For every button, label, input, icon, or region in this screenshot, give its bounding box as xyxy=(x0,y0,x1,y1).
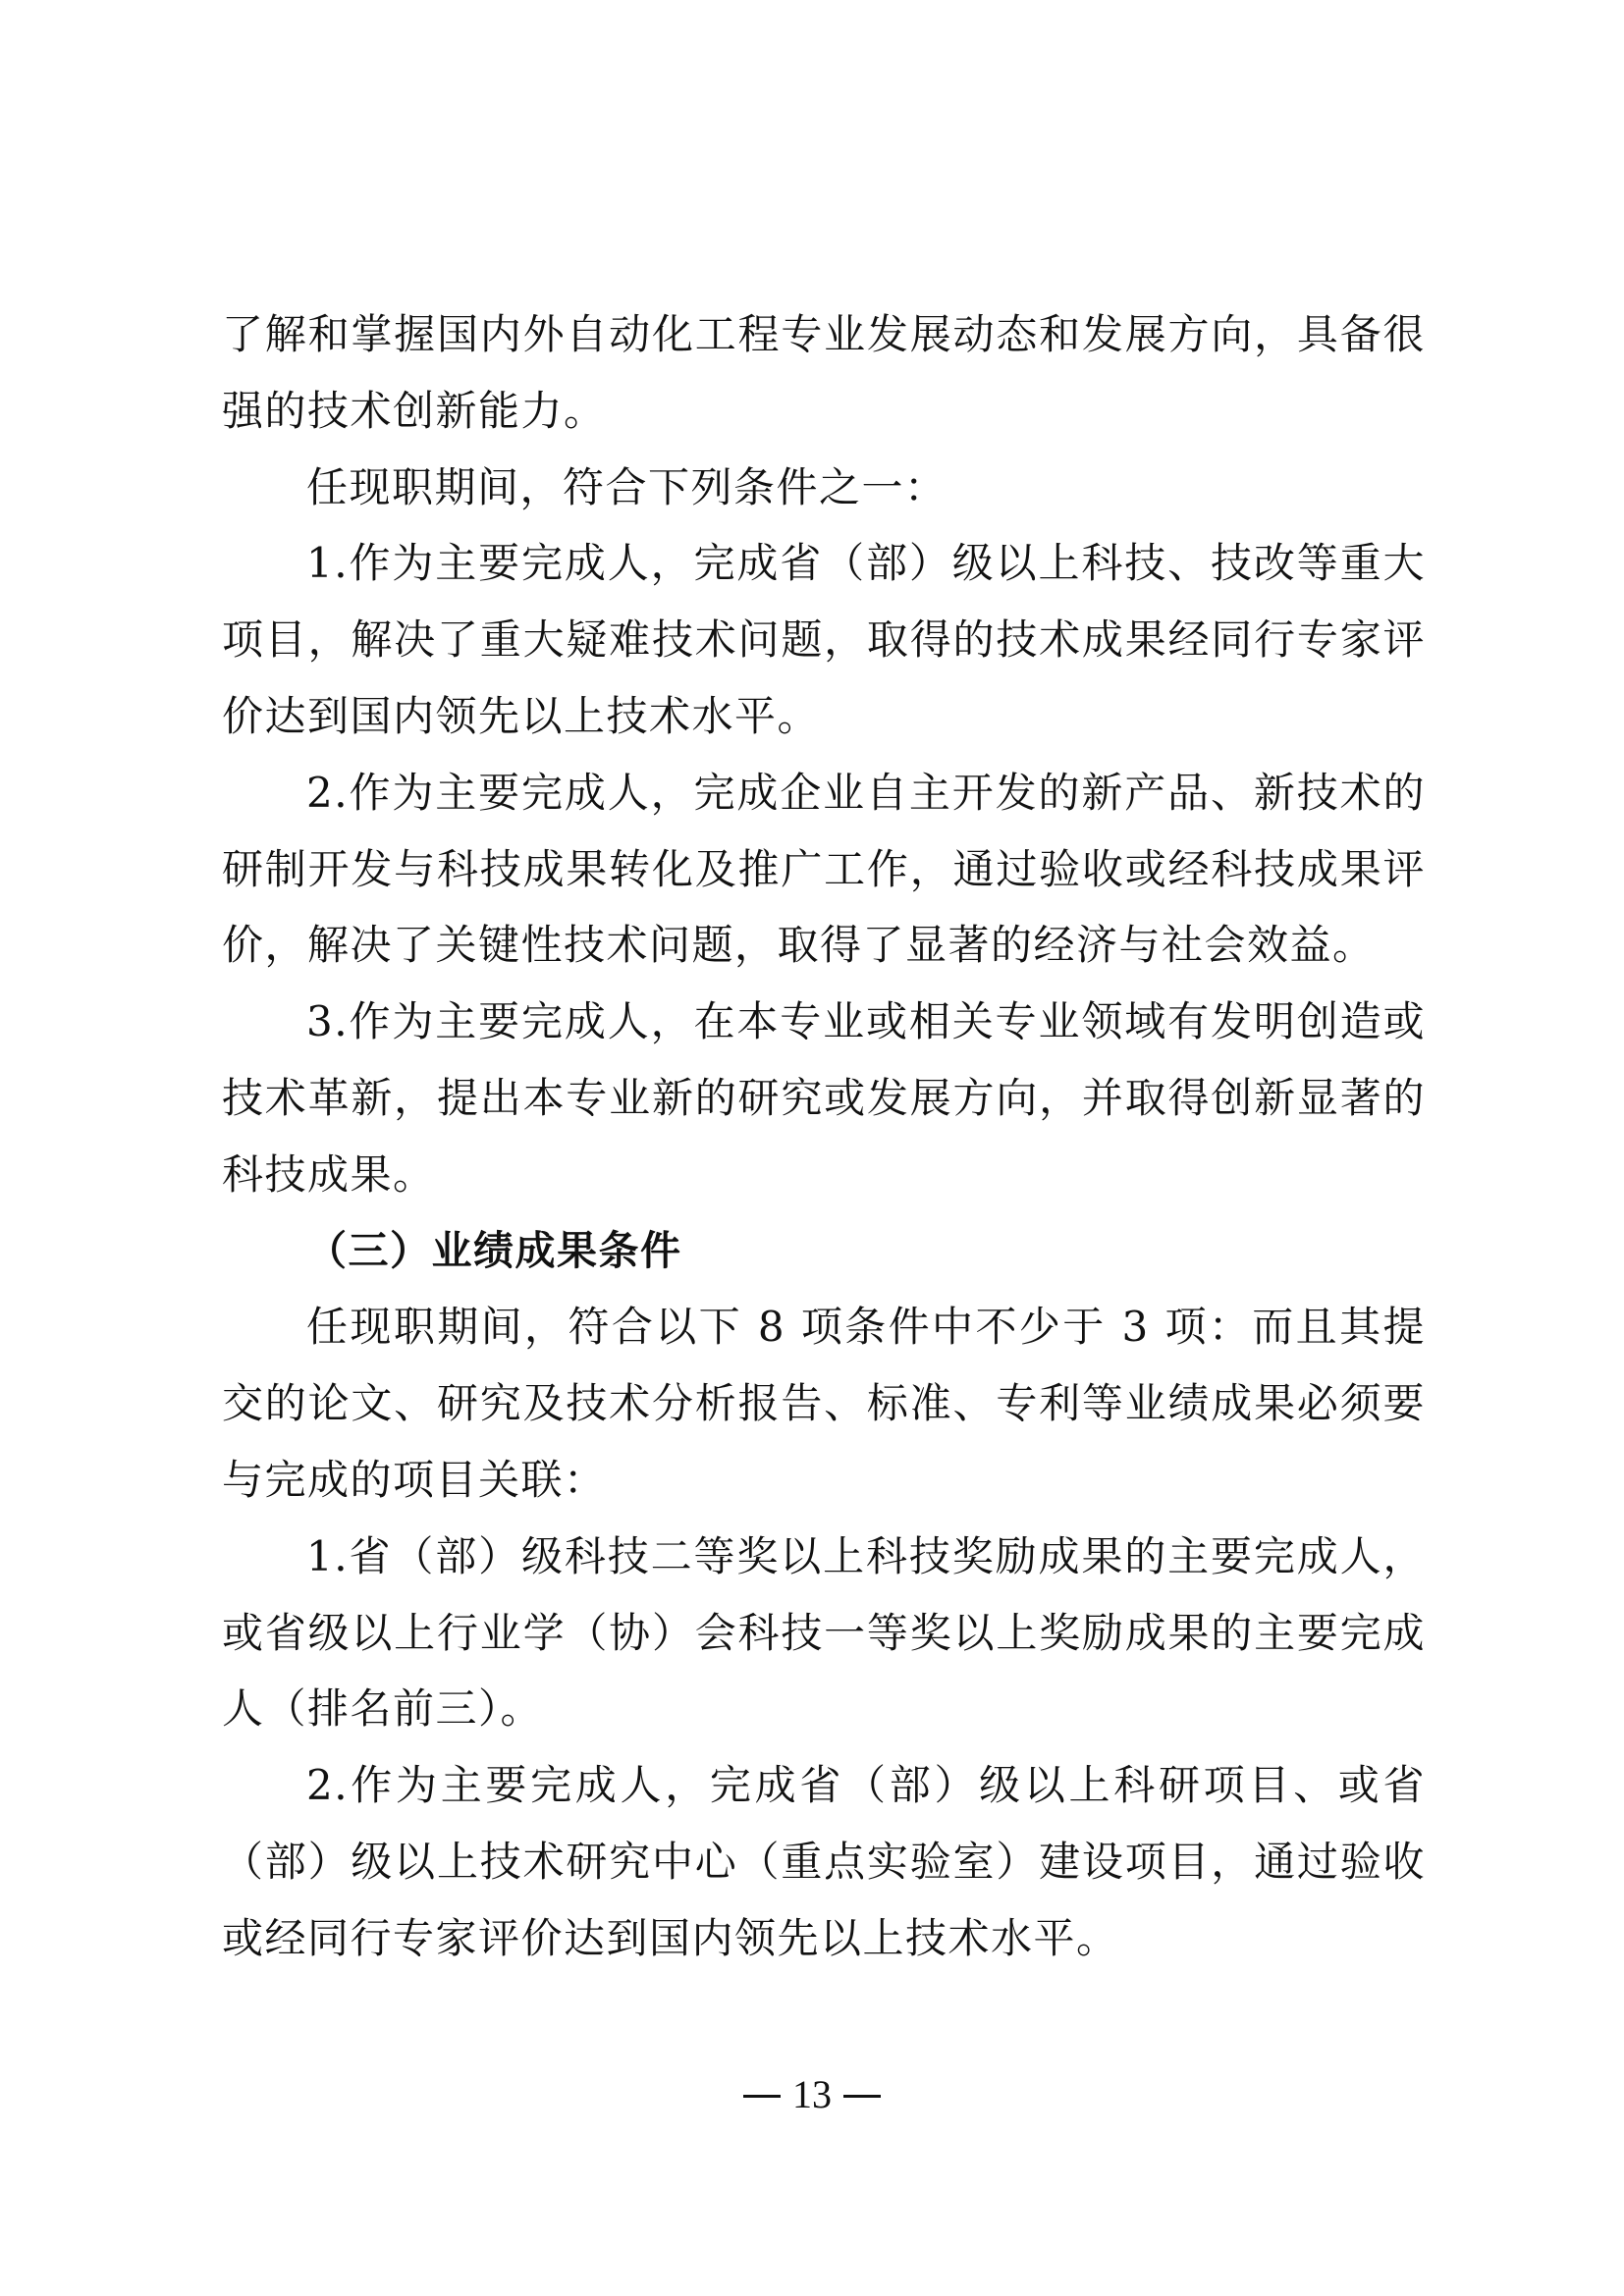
paragraph-conditions-intro: 任现职期间，符合下列条件之一： xyxy=(222,450,1426,526)
paragraph-condition-2: 2.作为主要完成人，完成企业自主开发的新产品、新技术的研制开发与科技成果转化及推… xyxy=(222,755,1426,984)
page-number-right-dash xyxy=(843,2095,881,2098)
page-number: 13 xyxy=(0,2065,1624,2124)
paragraph-performance-intro: 任现职期间，符合以下 8 项条件中不少于 3 项：而且其提交的论文、研究及技术分… xyxy=(222,1289,1426,1518)
section-heading-performance: （三）业绩成果条件 xyxy=(222,1213,1426,1290)
paragraph-condition-3: 3.作为主要完成人，在本专业或相关专业领域有发明创造或技术革新，提出本专业新的研… xyxy=(222,984,1426,1212)
paragraph-condition-1: 1.作为主要完成人，完成省（部）级以上科技、技改等重大项目，解决了重大疑难技术问… xyxy=(222,525,1426,754)
paragraph-performance-2: 2.作为主要完成人，完成省（部）级以上科研项目、或省（部）级以上技术研究中心（重… xyxy=(222,1747,1426,1976)
document-body: 了解和掌握国内外自动化工程专业发展动态和发展方向，具备很强的技术创新能力。 任现… xyxy=(222,296,1426,1977)
page-number-left-dash xyxy=(743,2095,781,2098)
paragraph-performance-1: 1.省（部）级科技二等奖以上科技奖励成果的主要完成人，或省级以上行业学（协）会科… xyxy=(222,1519,1426,1747)
document-page: 了解和掌握国内外自动化工程专业发展动态和发展方向，具备很强的技术创新能力。 任现… xyxy=(0,0,1624,2296)
page-number-value: 13 xyxy=(792,2072,832,2116)
paragraph-continuation-innovation: 了解和掌握国内外自动化工程专业发展动态和发展方向，具备很强的技术创新能力。 xyxy=(222,296,1426,450)
